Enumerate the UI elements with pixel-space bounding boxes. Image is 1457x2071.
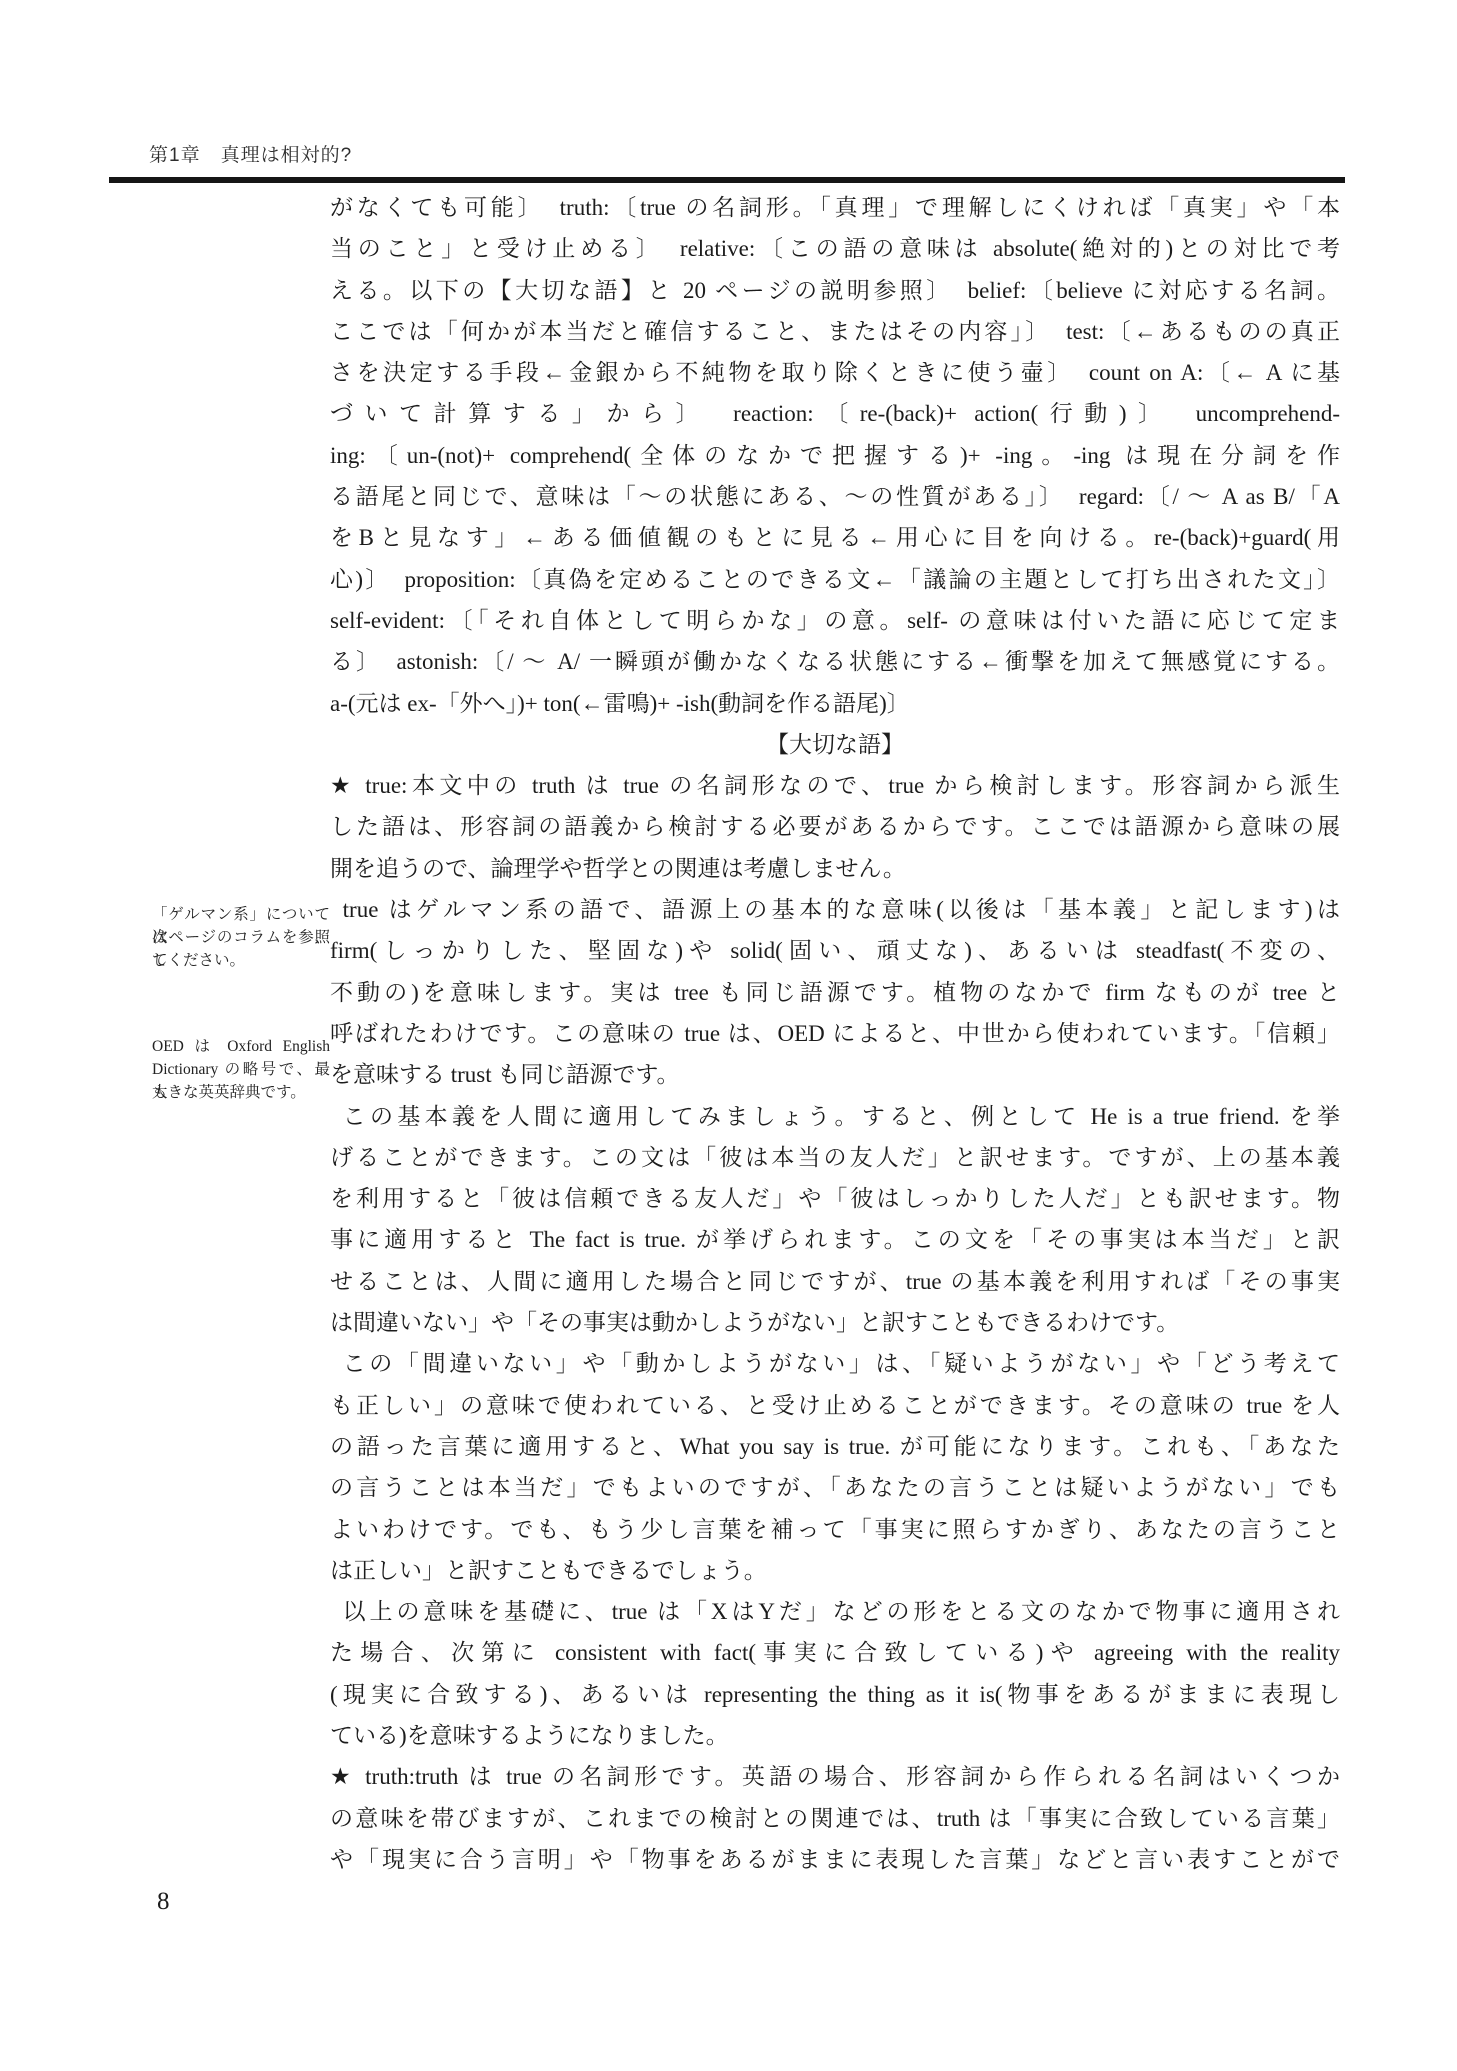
margin-note-line: てください。 bbox=[152, 949, 330, 972]
body-line: は間違いない」や「その事実は動かしようがない」と訳すこともできるわけです。 bbox=[330, 1302, 1340, 1343]
body-line: ている)を意味するようになりました。 bbox=[330, 1715, 1340, 1756]
body-line: firm(しっかりした、堅固な)や solid(固い、頑丈な)、あるいは ste… bbox=[330, 930, 1340, 971]
body-line: (現実に合致する)、あるいは representing the thing as… bbox=[330, 1674, 1340, 1715]
body-line: 開を追うので、論理学や哲学との関連は考慮しません。 bbox=[330, 848, 1340, 889]
body-line: ここでは「何かが本当だと確信すること、またはその内容」〕 test:〔←あるもの… bbox=[330, 311, 1340, 352]
body-line: ing:〔un-(not)+ comprehend(全体のなかで把握する)+ -… bbox=[330, 435, 1340, 476]
margin-note: OED は Oxford EnglishDictionary の略号で、最も大き… bbox=[152, 1035, 330, 1104]
body-line: 以上の意味を基礎に、true は「XはYだ」などの形をとる文のなかで物事に適用さ… bbox=[330, 1591, 1340, 1632]
body-line: た場合、次第に consistent with fact(事実に合致している)や… bbox=[330, 1632, 1340, 1673]
page-number: 8 bbox=[157, 1888, 170, 1916]
margin-note-line: OED は Oxford English bbox=[152, 1035, 330, 1058]
body-line: 心)〕 proposition:〔真偽を定めることのできる文←「議論の主題として… bbox=[330, 559, 1340, 600]
body-line: づいて計算する」から〕 reaction:〔re-(back)+ action(… bbox=[330, 393, 1340, 434]
body-line: や「現実に合う言明」や「物事をあるがままに表現した言葉」などと言い表すことがで bbox=[330, 1839, 1340, 1880]
margin-note-line: 次ページのコラムを参照し bbox=[152, 926, 330, 949]
body-line: は正しい」と訳すこともできるでしょう。 bbox=[330, 1550, 1340, 1591]
body-line: る〕 astonish:〔/ 〜 A/ 一瞬頭が働かなくなる状態にする←衝撃を加… bbox=[330, 641, 1340, 682]
body-line: この基本義を人間に適用してみましょう。すると、例として He is a true… bbox=[330, 1096, 1340, 1137]
body-line: 事に適用すると The fact is true. が挙げられます。この文を「そ… bbox=[330, 1219, 1340, 1260]
margin-note-line: Dictionary の略号で、最も bbox=[152, 1058, 330, 1081]
body-line: 【大切な語】 bbox=[330, 724, 1340, 765]
body-line: を利用すると「彼は信頼できる友人だ」や「彼はしっかりした人だ」とも訳せます。物 bbox=[330, 1178, 1340, 1219]
body-line: 呼ばれたわけです。この意味の true は、OED によると、中世から使われてい… bbox=[330, 1013, 1340, 1054]
body-line: ★ true:本文中の truth は true の名詞形なので、true から… bbox=[330, 765, 1340, 806]
body-line: この「間違いない」や「動かしようがない」は、「疑いようがない」や「どう考えて bbox=[330, 1343, 1340, 1384]
body-line: の言うことは本当だ」でもよいのですが、「あなたの言うことは疑いようがない」でも bbox=[330, 1467, 1340, 1508]
body-line: も正しい」の意味で使われている、と受け止めることができます。その意味の true… bbox=[330, 1385, 1340, 1426]
margin-note: 「ゲルマン系」については、次ページのコラムを参照してください。 bbox=[152, 903, 330, 972]
body-line: a-(元は ex-「外へ」)+ ton(←雷鳴)+ -ish(動詞を作る語尾)〕 bbox=[330, 683, 1340, 724]
body-line: さを決定する手段←金銀から不純物を取り除くときに使う壷〕 count on A:… bbox=[330, 352, 1340, 393]
margin-note-line: 「ゲルマン系」については、 bbox=[152, 903, 330, 926]
body-line: 不動の)を意味します。実は tree も同じ語源です。植物のなかで firm な… bbox=[330, 972, 1340, 1013]
chapter-running-head: 第1章 真理は相対的? bbox=[149, 140, 352, 167]
body-line: える。以下の【大切な語】と 20 ページの説明参照〕 belief:〔belie… bbox=[330, 270, 1340, 311]
body-line: がなくても可能〕 truth:〔true の名詞形。「真理」で理解しにくければ「… bbox=[330, 187, 1340, 228]
body-text-column: がなくても可能〕 truth:〔true の名詞形。「真理」で理解しにくければ「… bbox=[330, 187, 1340, 1880]
body-line: の語った言葉に適用すると、What you say is true. が可能にな… bbox=[330, 1426, 1340, 1467]
body-line: ★ truth:truth は true の名詞形です。英語の場合、形容詞から作… bbox=[330, 1756, 1340, 1797]
body-line: した語は、形容詞の語義から検討する必要があるからです。ここでは語源から意味の展 bbox=[330, 806, 1340, 847]
body-line: を意味する trust も同じ語源です。 bbox=[330, 1054, 1340, 1095]
body-line: げることができます。この文は「彼は本当の友人だ」と訳せます。ですが、上の基本義 bbox=[330, 1137, 1340, 1178]
body-line: よいわけです。でも、もう少し言葉を補って「事実に照らすかぎり、あなたの言うこと bbox=[330, 1509, 1340, 1550]
body-line: 当のこと」と受け止める〕 relative:〔この語の意味は absolute(… bbox=[330, 228, 1340, 269]
body-line: true はゲルマン系の語で、語源上の基本的な意味(以後は「基本義」と記します)… bbox=[330, 889, 1340, 930]
header-rule bbox=[109, 177, 1345, 183]
body-line: をBと見なす」←ある価値観のもとに見る←用心に目を向ける。re-(back)+g… bbox=[330, 517, 1340, 558]
body-line: の意味を帯びますが、これまでの検討との関連では、truth は「事実に合致してい… bbox=[330, 1798, 1340, 1839]
body-line: self-evident:〔「それ自体として明らかな」の意。self- の意味は… bbox=[330, 600, 1340, 641]
margin-note-line: 大きな英英辞典です。 bbox=[152, 1081, 330, 1104]
body-line: せることは、人間に適用した場合と同じですが、true の基本義を利用すれば「その… bbox=[330, 1261, 1340, 1302]
body-line: る語尾と同じで、意味は「〜の状態にある、〜の性質がある」〕 regard:〔/ … bbox=[330, 476, 1340, 517]
